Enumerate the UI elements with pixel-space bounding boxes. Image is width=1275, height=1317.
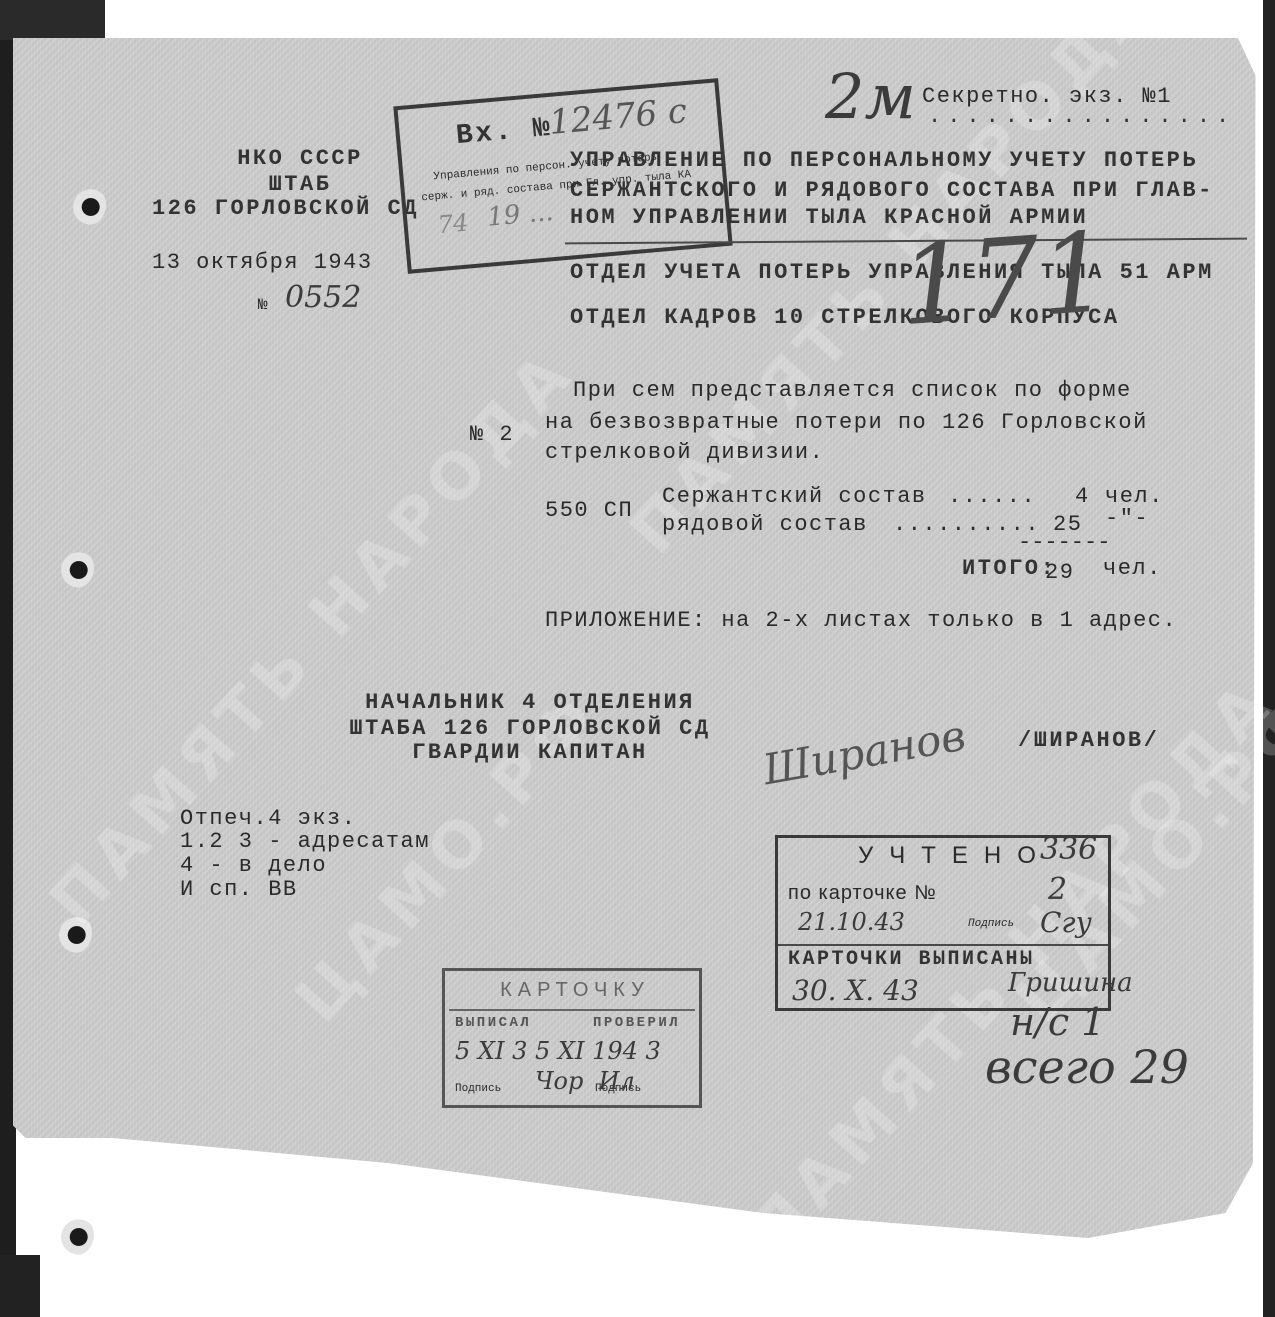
scan-background-right [1263, 0, 1275, 1317]
incoming-stamp-label: Вх. № [455, 113, 554, 152]
accounted-stamp-title: УЧТЕНО [858, 842, 1052, 870]
accounted-card-number: 2 [1048, 872, 1067, 907]
distribution-line-2: 1.2 3 - адресатам [180, 829, 430, 854]
losses-unit: 550 СП [545, 498, 633, 523]
body-line-3: стрелковой дивизии. [545, 440, 824, 465]
punch-hole-icon [72, 185, 106, 225]
loss-row-leader: ...... [948, 484, 1036, 509]
loss-row-unit: -"- [1105, 506, 1149, 531]
loss-row-value: 4 [1075, 484, 1090, 509]
org-line-2: ШТАБ [225, 172, 375, 197]
attachment-note: ПРИЛОЖЕНИЕ: на 2-х листах только в 1 адр… [545, 608, 1177, 633]
body-line-1: При сем представляется список по форме [573, 378, 1132, 403]
card-stamp: КАРТОЧКУ ВЫПИСАЛ ПРОВЕРИЛ 5 XI 3 5 XI 19… [442, 968, 702, 1108]
card-stamp-signatures: Чор Ил [535, 1067, 635, 1095]
signature-title-3: ГВАРДИИ КАПИТАН [330, 740, 730, 765]
incoming-stamp-extra: 74 [437, 208, 470, 239]
card-stamp-col-2: ПРОВЕРИЛ [593, 1015, 680, 1031]
punch-hole-icon [60, 1215, 94, 1255]
org-line-3: 126 ГОРЛОВСКОЙ СД [152, 196, 419, 221]
scan-background-top-left [0, 0, 105, 40]
handwritten-total: всего 29 [985, 1040, 1189, 1094]
classification-dots: ................ [928, 104, 1235, 129]
document-date: 13 октября 1943 [152, 250, 373, 275]
accounted-date: 21.10.43 [798, 908, 905, 936]
loss-row-label: Сержантский состав [662, 484, 927, 509]
signature-title-2: ШТАБА 126 ГОРЛОВСКОЙ СД [330, 716, 730, 741]
document-number-prefix: № [258, 296, 269, 314]
accounted-stamp-divider [778, 944, 1108, 946]
accounted-signature: Сгу [1040, 906, 1092, 939]
accounted-signature-label: Подпись [968, 918, 1014, 930]
accounted-cards-label: КАРТОЧКИ ВЫПИСАНЫ [788, 948, 1035, 971]
document-number: 0552 [285, 280, 361, 315]
addressee-line-4: ОТДЕЛ УЧЕТА ПОТЕРЬ УПРАВЛЕНИЯ ТЫЛА 51 АР… [570, 260, 1214, 285]
addressee-line-2: СЕРЖАНТСКОГО И РЯДОВОГО СОСТАВА ПРИ ГЛАВ… [570, 178, 1214, 203]
accounted-card-label: по карточке № [788, 882, 937, 905]
card-stamp-dates: 5 XI 3 5 XI 194 3 [455, 1037, 661, 1065]
addressee-line-1: УПРАВЛЕНИЕ ПО ПЕРСОНАЛЬНОМУ УЧЕТУ ПОТЕРЬ [570, 148, 1198, 173]
accounted-stamp-title-number: 336 [1040, 832, 1097, 867]
card-stamp-col-1: ВЫПИСАЛ [455, 1015, 531, 1031]
accounted-cards-signature: Гришина [1008, 968, 1133, 998]
scan-background-bottom-left [0, 1255, 40, 1317]
signature-title-1: НАЧАЛЬНИК 4 ОТДЕЛЕНИЯ [330, 690, 730, 715]
card-stamp-signature-label: Подпись [455, 1083, 501, 1095]
handwritten-mark-top: 2м [825, 60, 916, 133]
punch-hole-icon [60, 548, 94, 588]
accounted-cards-date: 30. X. 43 [792, 974, 919, 1007]
incoming-stamp: Вх. № 12476 с Управления по персон. учет… [393, 78, 732, 274]
body-line-2-prefix: № 2 [470, 422, 514, 447]
losses-total-unit: чел. [1103, 556, 1162, 581]
loss-row-label: рядовой состав [662, 512, 868, 537]
handwritten-note: н/с 1 [1010, 1000, 1105, 1044]
distribution-line-4: И сп. ВВ [180, 877, 298, 902]
distribution-line-1: Отпеч.4 экз. [180, 806, 356, 831]
losses-total-label: ИТОГО: [962, 556, 1056, 581]
card-stamp-title: КАРТОЧКУ [485, 979, 665, 1002]
incoming-stamp-number: 12476 с [548, 91, 689, 143]
body-line-2: на безвозвратные потери по 126 Горловско… [545, 410, 1148, 435]
org-line-1: НКО СССР [225, 146, 375, 171]
punch-hole-icon [58, 913, 92, 953]
incoming-stamp-date: 19 ... [486, 197, 555, 233]
accounted-stamp: УЧТЕНО 336 по карточке № 2 21.10.43 Подп… [775, 835, 1111, 1011]
signatory-name: /ШИРАНОВ/ [1018, 728, 1159, 753]
card-stamp-divider [449, 1009, 695, 1011]
handwritten-mark-large: 171 [896, 208, 1114, 350]
losses-total-value: 29 [1045, 560, 1074, 585]
distribution-line-3: 4 - в дело [180, 853, 327, 878]
losses-separator: ------- [1018, 530, 1110, 555]
